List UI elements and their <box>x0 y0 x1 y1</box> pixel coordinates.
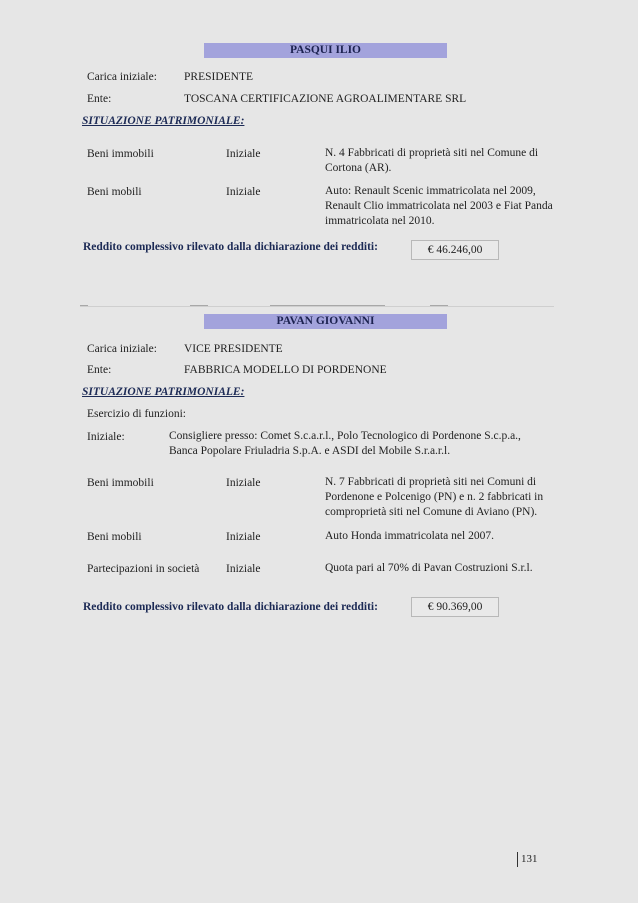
page-separator <box>80 306 554 307</box>
asset-category: Beni immobili <box>87 476 154 490</box>
asset-description: Auto Honda immatricolata nel 2007. <box>325 529 494 544</box>
reddito-label: Reddito complessivo rilevato dalla dichi… <box>83 240 378 254</box>
reddito-label: Reddito complessivo rilevato dalla dichi… <box>83 600 378 614</box>
person-name-banner: PAVAN GIOVANNI <box>204 314 447 329</box>
ente-value: FABBRICA MODELLO DI PORDENONE <box>184 363 387 377</box>
ente-label: Ente: <box>87 363 111 377</box>
asset-category: Beni mobili <box>87 530 142 544</box>
reddito-value: € 46.246,00 <box>411 240 499 260</box>
section-title-situazione-patrimoniale: SITUAZIONE PATRIMONIALE: <box>82 114 244 128</box>
asset-category: Beni immobili <box>87 147 154 161</box>
asset-category: Beni mobili <box>87 185 142 199</box>
separator-dash <box>80 305 88 306</box>
asset-description: N. 7 Fabbricati di proprietà siti nei Co… <box>325 475 543 520</box>
iniziale-description: Consigliere presso: Comet S.c.a.r.l., Po… <box>169 429 521 459</box>
separator-dash <box>270 305 385 306</box>
esercizio-funzioni-label: Esercizio di funzioni: <box>87 407 186 421</box>
carica-label: Carica iniziale: <box>87 342 157 356</box>
page-number: 131 <box>517 852 538 867</box>
asset-status: Iniziale <box>226 562 260 576</box>
separator-dash <box>190 305 208 306</box>
ente-value: TOSCANA CERTIFICAZIONE AGROALIMENTARE SR… <box>184 92 466 106</box>
asset-status: Iniziale <box>226 530 260 544</box>
asset-status: Iniziale <box>226 147 260 161</box>
carica-value: PRESIDENTE <box>184 70 253 84</box>
carica-value: VICE PRESIDENTE <box>184 342 283 356</box>
iniziale-label: Iniziale: <box>87 430 125 444</box>
person-name-banner: PASQUI ILIO <box>204 43 447 58</box>
asset-description: Quota pari al 70% di Pavan Costruzioni S… <box>325 561 533 576</box>
section-title-situazione-patrimoniale: SITUAZIONE PATRIMONIALE: <box>82 385 244 399</box>
ente-label: Ente: <box>87 92 111 106</box>
separator-dash <box>430 305 448 306</box>
asset-category: Partecipazioni in società <box>87 562 199 576</box>
asset-status: Iniziale <box>226 185 260 199</box>
reddito-value: € 90.369,00 <box>411 597 499 617</box>
asset-description: N. 4 Fabbricati di proprietà siti nel Co… <box>325 146 538 176</box>
asset-description: Auto: Renault Scenic immatricolata nel 2… <box>325 184 553 229</box>
asset-status: Iniziale <box>226 476 260 490</box>
carica-label: Carica iniziale: <box>87 70 157 84</box>
